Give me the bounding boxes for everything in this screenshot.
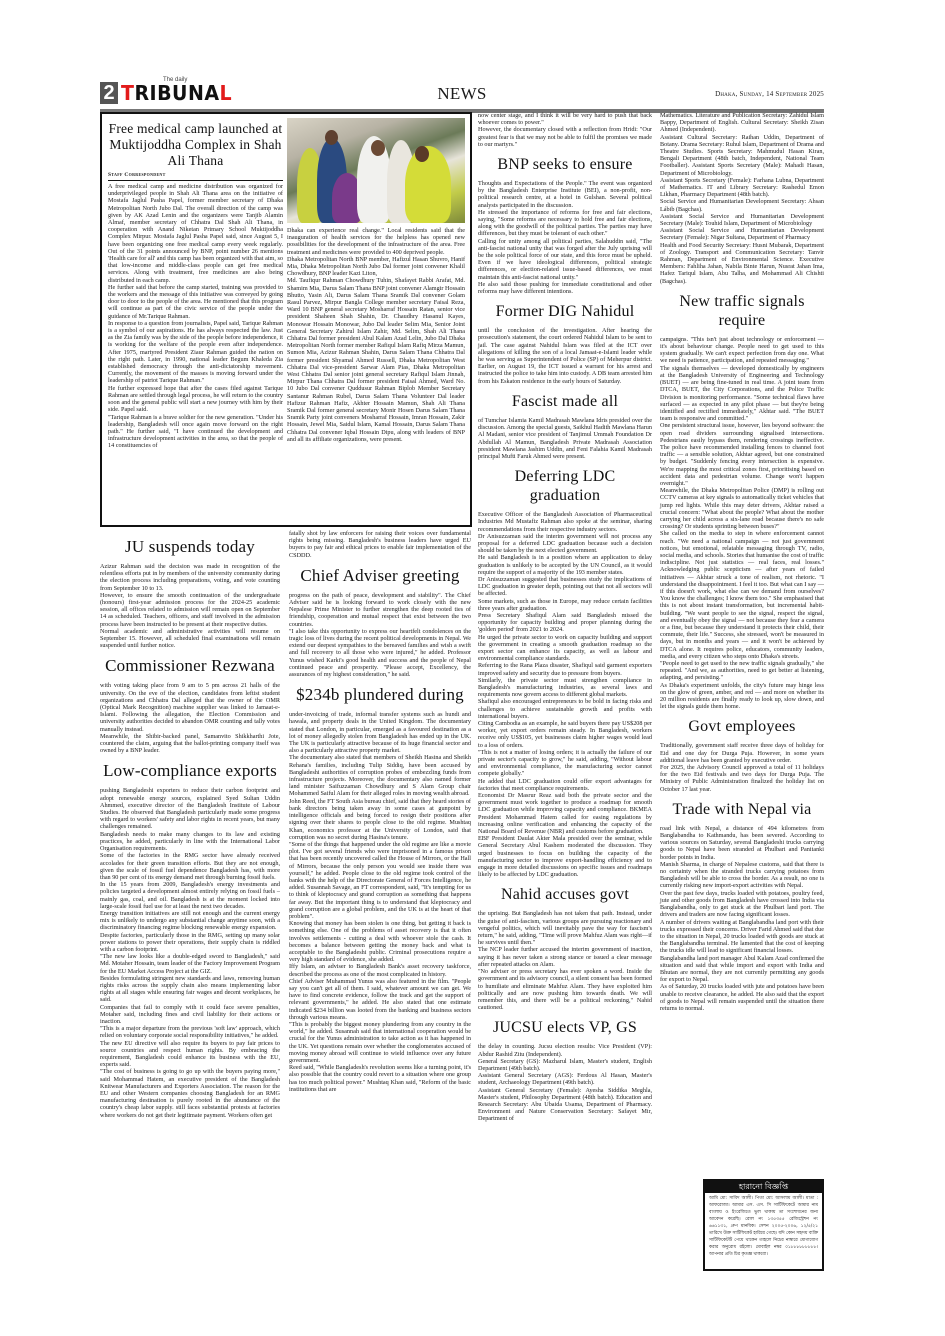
paragraph: The signals themselves — developed domes…: [660, 365, 824, 423]
paragraph: now center stage, and I think it will be…: [478, 112, 652, 126]
paragraph: Iffy Islam, an adviser to Bangladesh Ban…: [289, 963, 471, 977]
paragraph: Citing Cambodia as an example, he said b…: [478, 720, 652, 749]
paragraph: He added that LDC graduation could offer…: [478, 778, 652, 792]
dateline: Dhaka, Sunday, 14 September 2025: [715, 90, 824, 98]
paragraph: fatally shot by law enforcers for raisin…: [289, 530, 471, 559]
paragraph: Besides formulating stringent new standa…: [100, 975, 280, 1004]
paragraph: A free medical camp and medicine distrib…: [108, 183, 283, 284]
paragraph: Assistant General Secretary (Female): Ay…: [478, 1087, 652, 1123]
paragraph: until the conclusion of the investigatio…: [478, 327, 652, 385]
paragraph: He further said that before the camp sta…: [108, 284, 283, 320]
paragraph: "No adviser or press secretary has ever …: [478, 968, 652, 1011]
paragraph: Normal academic and administrative activ…: [100, 628, 280, 650]
paragraph: Manish Sharma, in charge of Nepalese cus…: [660, 861, 824, 890]
article-fascist-made-all[interactable]: Fascist made all of Tumchar Islamia Kami…: [478, 392, 652, 460]
paragraph: One persistent structural issue, however…: [660, 422, 824, 487]
article-bnp-seeks[interactable]: BNP seeks to ensure Thoughts and Expecta…: [478, 155, 652, 295]
headline[interactable]: Commissioner Rezwana: [100, 656, 280, 676]
paragraph: Assistant Cultural Secretary: Raihan Udd…: [660, 134, 824, 177]
article-chief-adviser[interactable]: Chief Adviser greeting progress on the p…: [289, 566, 471, 678]
headline[interactable]: Free medical camp launched at Muktijoddh…: [108, 121, 283, 169]
paragraph: Social Service and Humanitarian Developm…: [660, 198, 824, 212]
column-4: Mathematics. Literature and Publication …: [660, 112, 824, 1012]
paragraph: Banglabandha land port manager Abul Kala…: [660, 955, 824, 984]
headline[interactable]: Deferring LDC graduation: [478, 467, 652, 505]
paragraph: The documentary also stated that members…: [289, 754, 471, 797]
newspaper-page: 2 TRIBUNAL The daily NEWS Dhaka, Sunday,…: [100, 80, 824, 113]
paragraph: Chief Adviser Muhammad Yunus was also fe…: [289, 978, 471, 1021]
article-plundered[interactable]: $234b plundered during under-invoicing o…: [289, 685, 471, 1093]
paragraph: Over the past few days, trucks loaded wi…: [660, 890, 824, 919]
paragraph: with voting taking place from 9 am to 5 …: [100, 682, 280, 732]
paragraph: Assistant Sports Secretary (Female): Far…: [660, 177, 824, 199]
paragraph: Dr Anisuzzaman said the interim governme…: [478, 533, 652, 555]
paragraph: progress on the path of peace, developme…: [289, 592, 471, 628]
paragraph: pushing Bangladeshi exporters to reduce …: [100, 787, 280, 830]
medical-camp-left: Free medical camp launched at Muktijoddh…: [108, 118, 283, 450]
headline[interactable]: BNP seeks to ensure: [478, 155, 652, 174]
paragraph: Dr Anisuzzaman suggested that businesses…: [478, 576, 652, 598]
paragraph: She called on the media to step in where…: [660, 530, 824, 660]
paragraph: under-invoicing of trade, informal trans…: [289, 711, 471, 754]
paragraph: Health and Food Security Secretary: Husn…: [660, 242, 824, 285]
paragraph: A number of drivers waiting at Banglaban…: [660, 919, 824, 955]
medical-camp-right: Dhaka can experience real change." Local…: [287, 118, 465, 443]
paragraph: Despite factories, particularly those in…: [100, 932, 280, 954]
paragraph: Dhaka Metropolitan North BNP member, Haf…: [287, 256, 465, 278]
article-low-compliance[interactable]: Low-compliance exports pushing Banglades…: [100, 761, 280, 1118]
paragraph: "Tarique Rahman is a brave soldier for t…: [108, 414, 283, 450]
article-medical-camp[interactable]: Free medical camp launched at Muktijoddh…: [100, 112, 472, 527]
paragraph: Reed said, "While Bangladesh's revolutio…: [289, 1064, 471, 1093]
paragraph: The new EU directive will also require i…: [100, 1040, 280, 1069]
headline[interactable]: New traffic signals require: [660, 292, 824, 330]
article-ju-suspends[interactable]: JU suspends today Azizur Rahman said the…: [100, 537, 280, 649]
paragraph: Bangladesh needs to make many changes to…: [100, 831, 280, 853]
paragraph: Similarly, the private sector must stren…: [478, 677, 652, 699]
paragraph: General Secretary (GS): Mazharul Islam, …: [478, 1058, 652, 1072]
headline[interactable]: Chief Adviser greeting: [289, 566, 471, 586]
article-trade-nepal[interactable]: Trade with Nepal via road link with Nepa…: [660, 800, 824, 1012]
medical-camp-photo[interactable]: [287, 118, 465, 223]
article-former-dig[interactable]: Former DIG Nahidul until the conclusion …: [478, 302, 652, 385]
paragraph: the uprising. But Bangladesh has not tak…: [478, 910, 652, 946]
paragraph: Azizur Rahman said the decision was made…: [100, 563, 280, 592]
article-deferring-ldc[interactable]: Deferring LDC graduation Executive Offic…: [478, 467, 652, 878]
paragraph: Assistant Social Service and Humanitaria…: [660, 227, 824, 241]
paragraph: For 2025, the Advisory Council approved …: [660, 764, 824, 793]
article-jucsu[interactable]: JUCSU elects VP, GS the delay in countin…: [478, 1018, 652, 1122]
byline: Staff Correspondent: [108, 172, 283, 181]
paragraph: "This is probably the biggest money plun…: [289, 1021, 471, 1064]
headline[interactable]: JU suspends today: [100, 537, 280, 557]
article-traffic-signals[interactable]: New traffic signals require campaigns. "…: [660, 292, 824, 711]
paragraph: Md. Taufiqur Rahman Chowdhury Tuhin, Sha…: [287, 277, 465, 443]
article-low-compliance-continued[interactable]: fatally shot by law enforcers for raisin…: [289, 530, 471, 559]
paragraph: Companies that fail to comply with it co…: [100, 1004, 280, 1026]
paragraph: Energy transition initiatives are still …: [100, 910, 280, 932]
paragraph: He further expressed hope that after the…: [108, 385, 283, 414]
paragraph: In the 15 years from 2009, Bangladesh's …: [100, 881, 280, 910]
paragraph: Meanwhile, the Shibir-backed panel, Sama…: [100, 733, 280, 755]
paragraph: EBF President Daulat Akter Mala presided…: [478, 835, 652, 878]
paragraph: Executive Officer of the Bangladesh Asso…: [478, 511, 652, 533]
paragraph: "This is not a matter of losing orders; …: [478, 749, 652, 778]
column-2: fatally shot by law enforcers for raisin…: [289, 530, 471, 1093]
headline[interactable]: $234b plundered during: [289, 685, 471, 705]
paragraph: the delay in counting. Jucsu election re…: [478, 1043, 652, 1057]
headline[interactable]: JUCSU elects VP, GS: [478, 1018, 652, 1037]
paragraph: Some of the factories in the RMG sector …: [100, 852, 280, 881]
paragraph: However, the documentary closed with a r…: [478, 126, 652, 148]
paragraph: Some markets, such as those in Europe, m…: [478, 598, 652, 612]
notice-body: আমি মো: সাবিদ আলী। পিতা মো: আসলাম আলী। ম…: [705, 1193, 822, 1260]
paragraph: Press Secretary Shafiqul Alam said Bangl…: [478, 612, 652, 634]
paragraph: "The cost of business is going to go up …: [100, 1068, 280, 1118]
paragraph: Assistant Social Service and Humanitaria…: [660, 213, 824, 227]
headline[interactable]: Govt employees: [660, 717, 824, 736]
paragraph: Meanwhile, the Dhaka Metropolitan Police…: [660, 487, 824, 530]
paragraph: "People need to get used to the new traf…: [660, 660, 824, 682]
lost-notice-ad[interactable]: হারানো বিজ্ঞপ্তি আমি মো: সাবিদ আলী। পিতা…: [703, 1179, 824, 1271]
article-plundered-continued[interactable]: now center stage, and I think it will be…: [478, 112, 652, 148]
column-1: JU suspends today Azizur Rahman said the…: [100, 530, 280, 1119]
paragraph: Dhaka can experience real change." Local…: [287, 227, 465, 256]
paragraph: However, to ensure the smooth continuati…: [100, 592, 280, 628]
paragraph: Calling for unity among all political pa…: [478, 238, 652, 281]
paragraph: Referring to the Rana Plaza disaster, Sh…: [478, 662, 652, 676]
paragraph: Assistant General Secretary (AGS): Ferdo…: [478, 1072, 652, 1086]
headline[interactable]: Trade with Nepal via: [660, 800, 824, 819]
article-jucsu-continued[interactable]: Mathematics. Literature and Publication …: [660, 112, 824, 285]
paragraph: He said Bangladesh is in a position wher…: [478, 554, 652, 576]
paragraph: "The new law looks like a double-edged s…: [100, 953, 280, 975]
masthead: 2 TRIBUNAL The daily NEWS Dhaka, Sunday,…: [100, 80, 824, 106]
paragraph: John Reed, the FT South Asia bureau chie…: [289, 798, 471, 841]
article-nahid-accuses[interactable]: Nahid accuses govt the uprising. But Ban…: [478, 885, 652, 1011]
paragraph: Economist Dr Masrur Reaz said both the p…: [478, 792, 652, 835]
paragraph: "Some of the things that happened under …: [289, 841, 471, 920]
paragraph: Thoughts and Expectations of the People.…: [478, 180, 652, 209]
paragraph: Mathematics. Literature and Publication …: [660, 112, 824, 134]
notice-title: হারানো বিজ্ঞপ্তি: [705, 1181, 822, 1193]
paragraph: Shafiqul also encouraged entrepreneurs t…: [478, 698, 652, 720]
headline[interactable]: Fascist made all: [478, 392, 652, 411]
paragraph: As of Saturday, 20 trucks loaded with ju…: [660, 983, 824, 1012]
article-govt-employees[interactable]: Govt employees Traditionally, government…: [660, 717, 824, 792]
paragraph: of Tumchar Islamia Kamil Madrasah Mawlan…: [478, 417, 652, 460]
paragraph: Traditionally, government staff receive …: [660, 742, 824, 764]
paragraph: In response to a question from journalis…: [108, 320, 283, 385]
column-3: now center stage, and I think it will be…: [478, 112, 652, 1123]
paragraph: "I also take this opportunity to express…: [289, 628, 471, 678]
paragraph: As Dhaka's experiment unfolds, the city'…: [660, 682, 824, 711]
article-commissioner-rezwana[interactable]: Commissioner Rezwana with voting taking …: [100, 656, 280, 754]
paragraph: The NCP leader further accused the inter…: [478, 946, 652, 968]
paragraph: He urged the private sector to work on c…: [478, 634, 652, 663]
logo-tagline: The daily: [163, 77, 187, 83]
paragraph: "This is a major departure from the prev…: [100, 1025, 280, 1039]
paragraph: road link with Nepal, a distance of 494 …: [660, 825, 824, 861]
headline[interactable]: Nahid accuses govt: [478, 885, 652, 904]
paragraph: campaigns. "This isn't just about techno…: [660, 336, 824, 365]
paragraph: He also said those pushing for immediate…: [478, 281, 652, 295]
headline[interactable]: Former DIG Nahidul: [478, 302, 652, 321]
paragraph: Knowing that money has been stolen is on…: [289, 920, 471, 963]
paragraph: He stressed the importance of reforms fo…: [478, 209, 652, 238]
headline[interactable]: Low-compliance exports: [100, 761, 280, 781]
